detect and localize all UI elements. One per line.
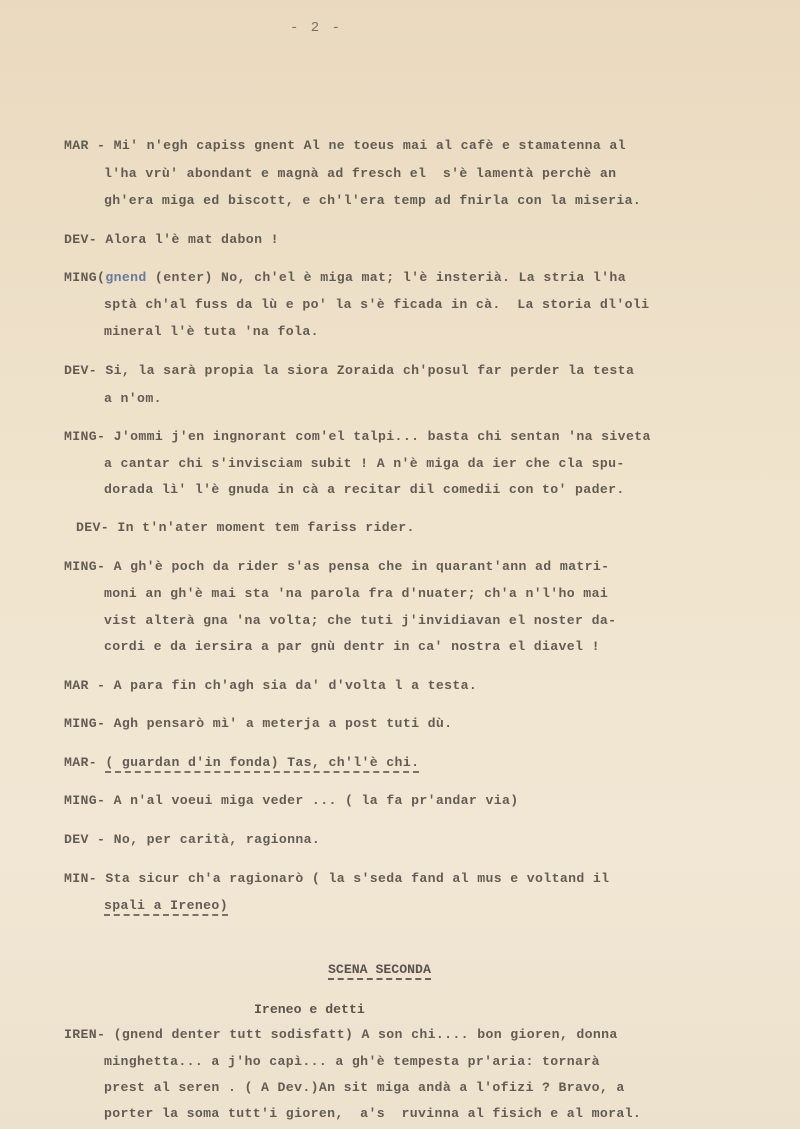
dialogue-line: IREN- (gnend denter tutt sodisfatt) A so… bbox=[64, 1027, 618, 1042]
dialogue-line: DEV- Si, la sarà propia la siora Zoraida… bbox=[64, 363, 634, 378]
dialogue-line: MAR- ( guardan d'in fonda) Tas, ch'l'è c… bbox=[64, 755, 419, 770]
dialogue-line: porter la soma tutt'i gioren, a's ruvinn… bbox=[104, 1106, 641, 1121]
dialogue-line: sptà ch'al fuss da lù e po' la s'è ficad… bbox=[104, 297, 649, 312]
dialogue-line: MING- A gh'è poch da rider s'as pensa ch… bbox=[64, 559, 609, 574]
dialogue-line: DEV- In t'n'ater moment tem fariss rider… bbox=[76, 520, 415, 535]
dialogue-line: moni an gh'è mai sta 'na parola fra d'nu… bbox=[104, 586, 608, 601]
page-number: - 2 - bbox=[290, 20, 342, 36]
dialogue-line: cordi e da iersira a par gnù dentr in ca… bbox=[104, 639, 600, 654]
dialogue-line: gh'era miga ed biscott, e ch'l'era temp … bbox=[104, 193, 641, 208]
dialogue-line: vist alterà gna 'na volta; che tuti j'in… bbox=[104, 613, 616, 628]
dialogue-line: a cantar chi s'invisciam subit ! A n'è m… bbox=[104, 456, 625, 471]
dialogue-line: spali a Ireneo) bbox=[104, 898, 228, 913]
dialogue-line: a n'om. bbox=[104, 391, 162, 406]
dialogue-line: MING- A n'al voeui miga veder ... ( la f… bbox=[64, 793, 519, 808]
dialogue-line: MIN- Sta sicur ch'a ragionarò ( la s'sed… bbox=[64, 871, 609, 886]
dialogue-line: DEV - No, per carità, ragionna. bbox=[64, 832, 320, 847]
dialogue-line: mineral l'è tuta 'na fola. bbox=[104, 324, 319, 339]
dialogue-line: prest al seren . ( A Dev.)An sit miga an… bbox=[104, 1080, 625, 1095]
speaker-label: MAR - Mi' n'egh capiss gnent Al ne toeus… bbox=[64, 138, 626, 153]
scene-subtitle: Ireneo e detti bbox=[254, 1002, 365, 1017]
dialogue-line: minghetta... a j'ho capì... a gh'è tempe… bbox=[104, 1054, 600, 1069]
dialogue-line: l'ha vrù' abondant e magnà ad fresch el … bbox=[104, 166, 616, 181]
dialogue-line: MING- Agh pensarò mì' a meterja a post t… bbox=[64, 716, 452, 731]
dialogue-line: MING(gnend (enter) No, ch'el è miga mat;… bbox=[64, 270, 626, 285]
dialogue-line: MING- J'ommi j'en ingnorant com'el talpi… bbox=[64, 429, 651, 444]
dialogue-line: MAR - A para fin ch'agh sia da' d'volta … bbox=[64, 678, 477, 693]
scene-title: SCENA SECONDA bbox=[328, 962, 431, 977]
dialogue-line: dorada lì' l'è gnuda in cà a recitar dil… bbox=[104, 482, 625, 497]
dialogue-line: DEV- Alora l'è mat dabon ! bbox=[64, 232, 279, 247]
annotation-gnend: gnend bbox=[105, 270, 146, 285]
document-page: - 2 - MAR - Mi' n'egh capiss gnent Al ne… bbox=[0, 0, 800, 1129]
